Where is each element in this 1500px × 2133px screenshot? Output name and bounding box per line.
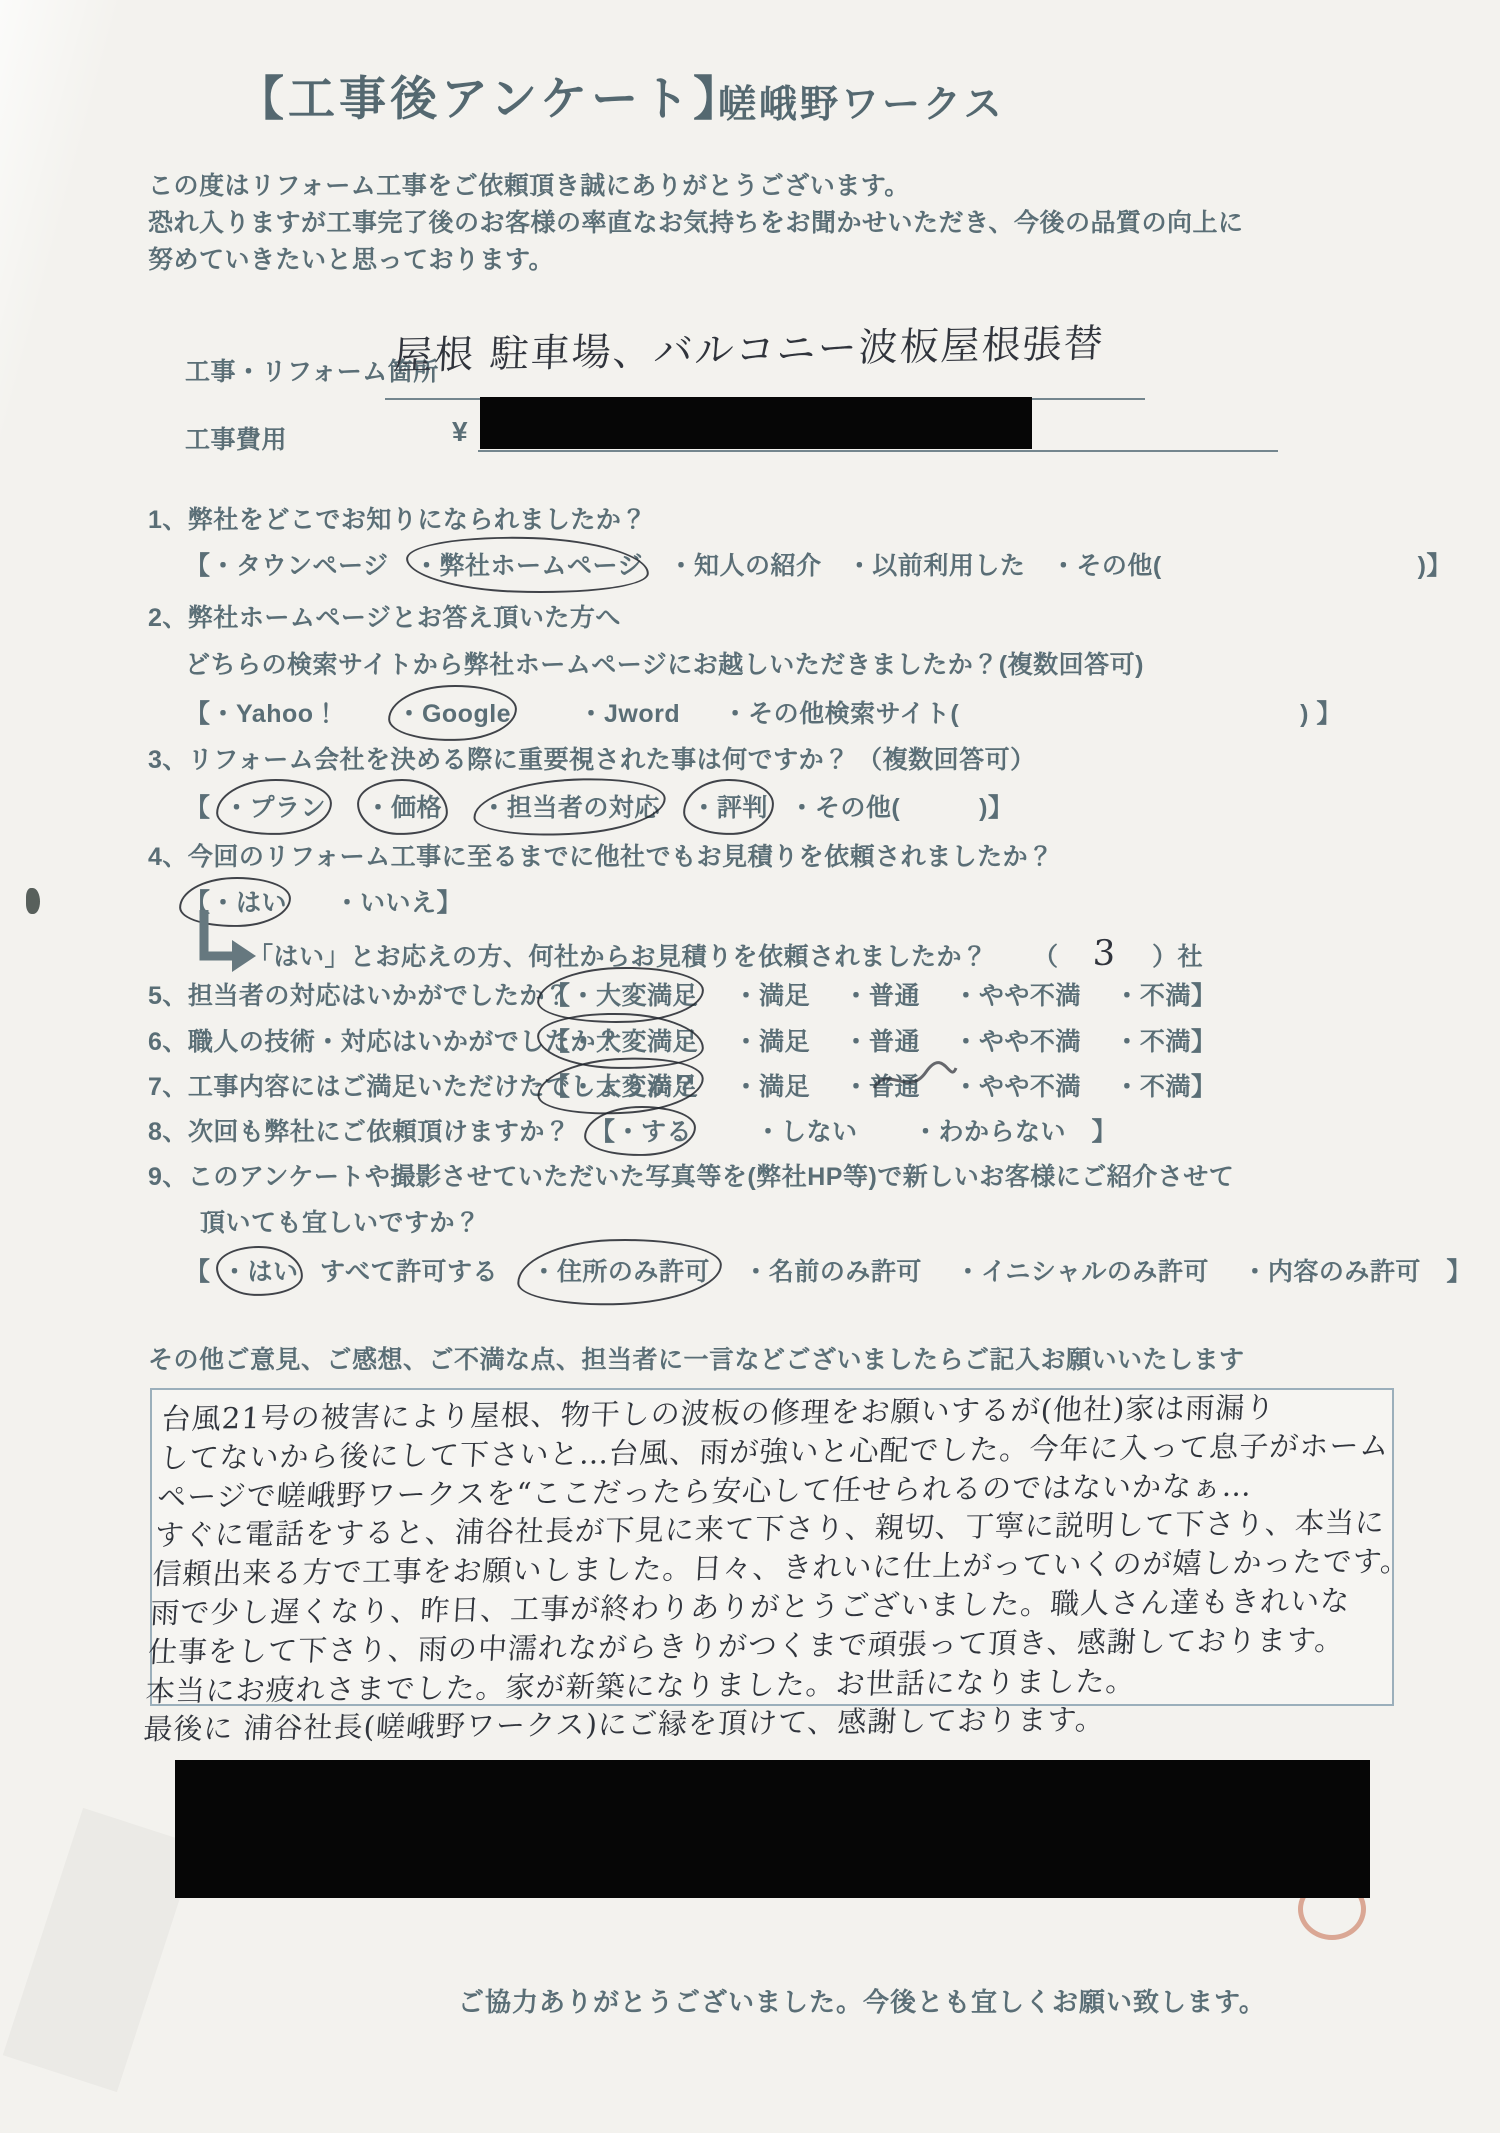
bracket: 【 [185, 788, 211, 824]
intro-line-2: 恐れ入りますが工事完了後のお客様の率直なお気持ちをお聞かせいただき、今後の品質の… [148, 203, 1244, 239]
bracket: 【 [185, 1252, 211, 1288]
option: ・イニシャルのみ許可 [955, 1252, 1209, 1288]
option: ・しない [755, 1112, 857, 1148]
option: ・以前利用した [847, 546, 1026, 582]
paren-close: ）社 [1152, 937, 1203, 973]
option: すべて許可する [320, 1252, 498, 1288]
option-circled: 【・大変満足 [545, 1022, 698, 1058]
option-circled: 【・する [590, 1112, 692, 1148]
option-circled: ・価格 [365, 788, 442, 824]
question-6-options: 【・大変満足 ・満足 ・普通 ・やや不満 ・不満】 [545, 1022, 1216, 1058]
option: ・内容のみ許可 】 [1242, 1252, 1472, 1288]
company-name: 嵯峨野ワークス [718, 73, 1005, 128]
scan-artifact-streak [3, 1808, 197, 2092]
question-9-title-line2: 頂いても宜しいですか？ [200, 1203, 481, 1239]
paren-open: （ [1033, 937, 1059, 973]
question-8-title: 8、次回も弊社にご依頼頂けますか？ [148, 1112, 570, 1148]
option: ・満足 [733, 1067, 810, 1103]
pen-scribble-mark [868, 1058, 958, 1100]
option: ・普通 [843, 976, 920, 1012]
question-1-options: 【・タウンページ ・弊社ホームページ ・知人の紹介 ・以前利用した ・その他( … [185, 546, 1452, 582]
option-circled: ・住所のみ許可 [531, 1252, 710, 1288]
question-1-title: 1、弊社をどこでお知りになられましたか？ [148, 500, 647, 536]
redaction-block-cost [480, 397, 1032, 449]
option: ・不満】 [1114, 976, 1216, 1012]
question-9-options: 【 ・はい すべて許可する ・住所のみ許可 ・名前のみ許可 ・イニシャルのみ許可… [185, 1252, 1472, 1288]
question-9-title-line1: 9、このアンケートや撮影させていただいた写真等を(弊社HP等)で新しいお客様にご… [148, 1157, 1234, 1193]
intro-line-3: 努めていきたいと思っております。 [148, 240, 554, 276]
footer-thanks-text: ご協力ありがとうございました。今後とも宜しくお願い致します。 [458, 1982, 1266, 2019]
option: ・やや不満 [953, 1067, 1081, 1103]
option: ・不満】 [1114, 1022, 1216, 1058]
question-4-title: 4、今回のリフォーム工事に至るまでに他社でもお見積りを依頼されましたか？ [148, 837, 1054, 873]
option: ・やや不満 [953, 1022, 1081, 1058]
option-circled: ・担当者の対応 [481, 788, 660, 824]
option-circled: 【・大変満足 [545, 976, 698, 1012]
comment-section-heading: その他ご意見、ご感想、ご不満な点、担当者に一言などございましたらご記入お願いいた… [148, 1340, 1245, 1376]
field-underline [478, 450, 1278, 452]
question-2-options: 【・Yahoo！ ・Google ・Jword ・その他検索サイト( ) 】 [185, 694, 1342, 730]
question-3-options: 【 ・プラン ・価格 ・担当者の対応 ・評判 ・その他( )】 [185, 788, 1013, 824]
question-5-title: 5、担当者の対応はいかがでしたか？ [148, 976, 570, 1012]
option: ・満足 [733, 976, 810, 1012]
question-4-followup: 「はい」とお応えの方、何社からお見積りを依頼されましたか？ （ 3 ）社 [248, 934, 1203, 974]
option: )】 [1418, 546, 1452, 582]
option-circled: ・Google [396, 694, 511, 730]
followup-text: 「はい」とお応えの方、何社からお見積りを依頼されましたか？ [248, 937, 988, 973]
option: ・不満】 [1114, 1067, 1216, 1103]
option: ・知人の紹介 [668, 546, 821, 582]
option: ・その他( [789, 788, 900, 824]
option: ・名前のみ許可 [743, 1252, 922, 1288]
option: ・いいえ】 [334, 883, 462, 919]
question-5-options: 【・大変満足 ・満足 ・普通 ・やや不満 ・不満】 [545, 976, 1216, 1012]
option: ・普通 [843, 1022, 920, 1058]
redaction-block-signature [175, 1760, 1370, 1898]
work-location-value-handwritten: 屋根 駐車場、バルコニー波板屋根張替 [392, 313, 1106, 381]
work-cost-label: 工事費用 [185, 420, 287, 456]
option: 【・Yahoo！ [185, 694, 339, 730]
page-title: 【工事後アンケート】 [237, 62, 744, 129]
option: ・やや不満 [953, 976, 1081, 1012]
option: 【・タウンページ [185, 546, 389, 582]
option-circled: ・弊社ホームページ [414, 546, 643, 582]
scan-artifact-mark [26, 888, 40, 914]
option: ・わからない 】 [913, 1112, 1117, 1148]
currency-symbol: ¥ [452, 416, 468, 448]
option: ・満足 [733, 1022, 810, 1058]
option: ・その他検索サイト( [723, 694, 960, 730]
option-circled: ・評判 [691, 788, 768, 824]
option: ・その他( [1051, 546, 1162, 582]
comment-handwritten-text: 台風21号の被害により屋根、物干しの波板の修理をお願いするが(他社)家は雨漏り … [142, 1387, 1420, 1750]
option: )】 [979, 788, 1013, 824]
option: ・Jword [579, 694, 681, 730]
followup-answer-handwritten: 3 [1092, 934, 1117, 974]
scanned-survey-page: 【工事後アンケート】 嵯峨野ワークス この度はリフォーム工事をご依頼頂き誠にあり… [0, 0, 1500, 2133]
question-2-subtitle: どちらの検索サイトから弊社ホームページにお越しいただきましたか？(複数回答可) [185, 645, 1144, 681]
question-8-options: 【・する ・しない ・わからない 】 [590, 1112, 1117, 1148]
option-circled: 【・大変満足 [545, 1067, 698, 1103]
option: ) 】 [1300, 694, 1342, 730]
intro-line-1: この度はリフォーム工事をご依頼頂き誠にありがとうございます。 [148, 166, 910, 202]
option-circled: ・プラン [224, 788, 326, 824]
option-circled: ・はい [222, 1252, 299, 1288]
question-3-title: 3、リフォーム会社を決める際に重要視された事は何ですか？ （複数回答可） [148, 740, 1036, 776]
question-2-title: 2、弊社ホームページとお答え頂いた方へ [148, 598, 621, 634]
